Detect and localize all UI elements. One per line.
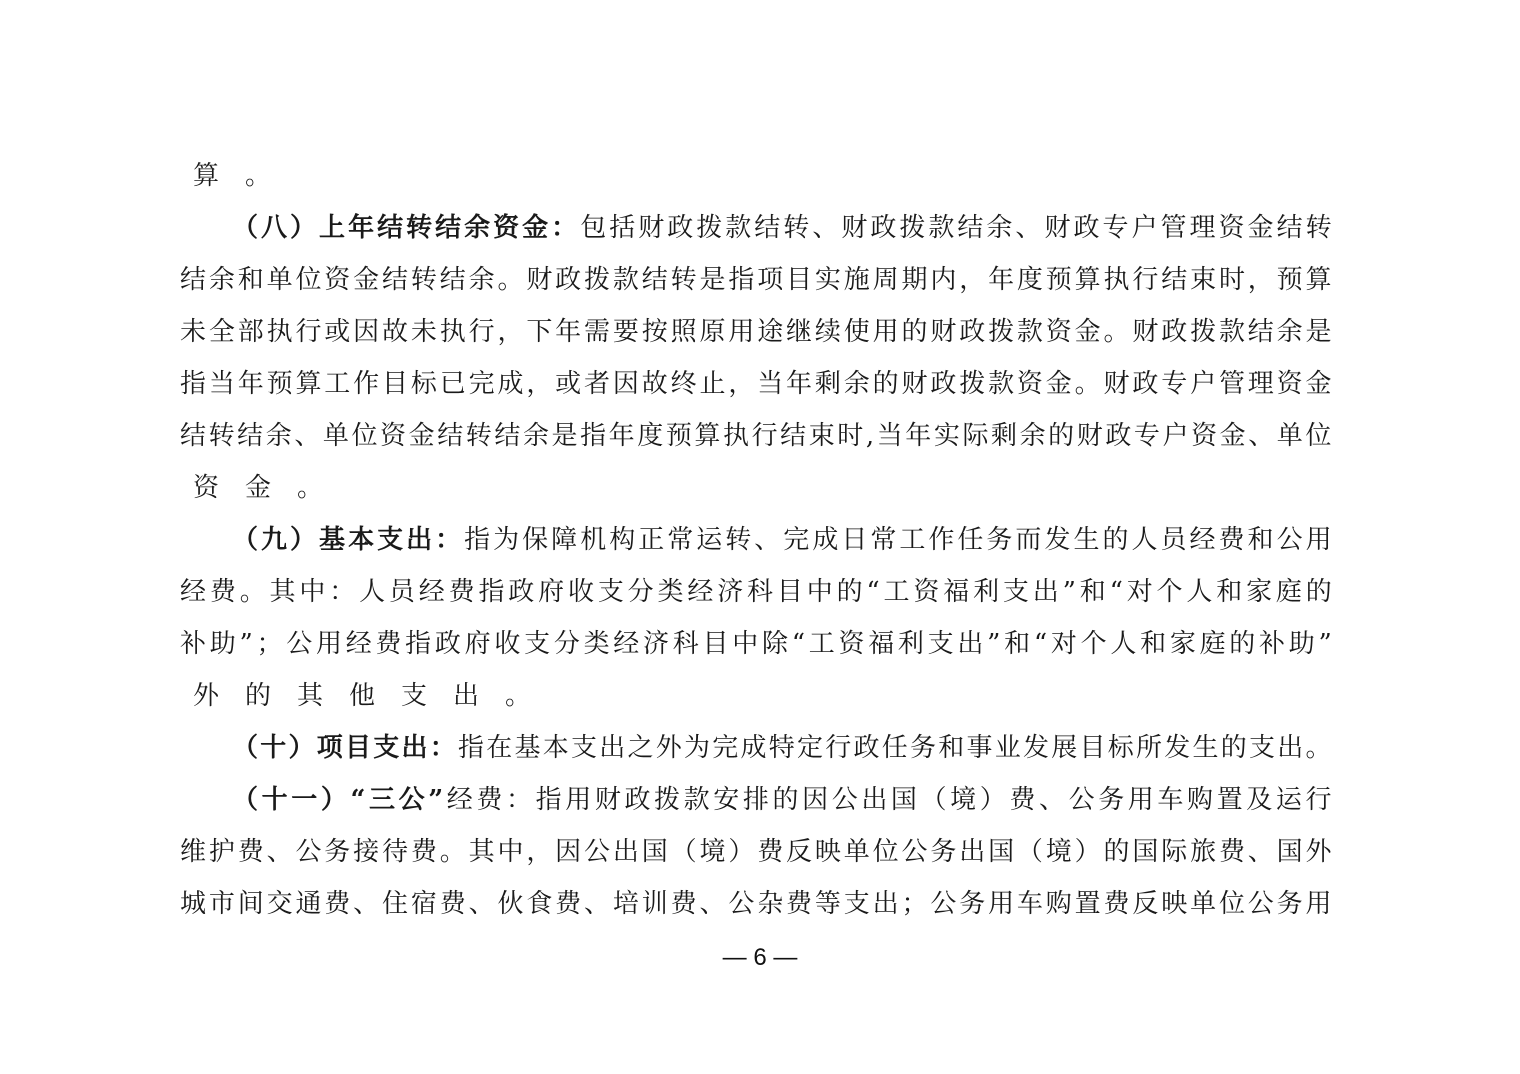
- text-line: （十一）“三公”经费：指用财政拨款安排的因公出国（境）费、公务用车购置及运行: [232, 774, 1332, 826]
- text-line: 经费。其中：人员经费指政府收支分类经济科目中的“工资福利支出”和“对个人和家庭的: [180, 566, 1332, 618]
- text-line: 结余和单位资金结转结余。财政拨款结转是指项目实施周期内，年度预算执行结束时，预算: [180, 254, 1332, 306]
- text-line: 外的其他支出。: [180, 670, 1332, 722]
- text-line: 城市间交通费、住宿费、伙食费、培训费、公杂费等支出；公务用车购置费反映单位公务用: [180, 878, 1332, 930]
- text-line: 未全部执行或因故未执行，下年需要按照原用途继续使用的财政拨款资金。财政拨款结余是: [180, 306, 1332, 358]
- text-line: 算。: [180, 150, 1332, 202]
- text-line: （八）上年结转结余资金：包括财政拨款结转、财政拨款结余、财政专户管理资金结转: [232, 202, 1332, 254]
- text-line: 补助”；公用经费指政府收支分类经济科目中除“工资福利支出”和“对个人和家庭的补助…: [180, 618, 1332, 670]
- text-line: 维护费、公务接待费。其中，因公出国（境）费反映单位公务出国（境）的国际旅费、国外: [180, 826, 1332, 878]
- page-number: — 6 —: [0, 940, 1520, 976]
- text-line: 资金。: [180, 462, 1332, 514]
- text-line: （九）基本支出：指为保障机构正常运转、完成日常工作任务而发生的人员经费和公用: [232, 514, 1332, 566]
- text-line: （十）项目支出：指在基本支出之外为完成特定行政任务和事业发展目标所发生的支出。: [232, 722, 1332, 774]
- text-line: 指当年预算工作目标已完成，或者因故终止，当年剩余的财政拨款资金。财政专户管理资金: [180, 358, 1332, 410]
- document-page: 算。（八）上年结转结余资金：包括财政拨款结转、财政拨款结余、财政专户管理资金结转…: [0, 0, 1520, 1074]
- text-line: 结转结余、单位资金结转结余是指年度预算执行结束时,当年实际剩余的财政专户资金、单…: [180, 410, 1332, 462]
